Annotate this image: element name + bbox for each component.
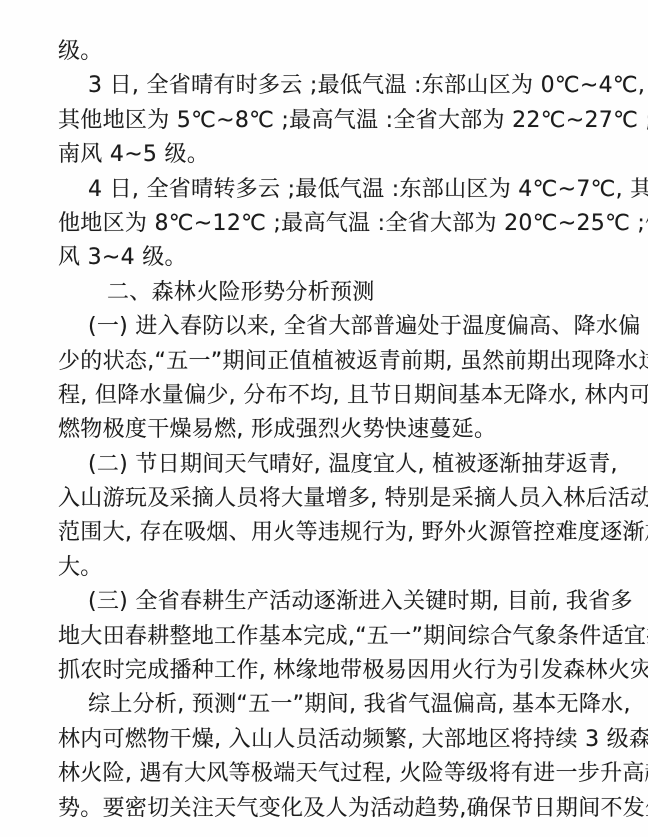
text-line: 他地区为 8℃~12℃ ;最高气温 :全省大部为 20℃~25℃ ;偏南 xyxy=(58,207,606,241)
text-line: (二) 节日期间天气晴好, 温度宜人, 植被逐渐抽芽返青, xyxy=(58,448,606,482)
text-line: 范围大, 存在吸烟、用火等违规行为, 野外火源管控难度逐渐加 xyxy=(58,516,606,550)
text-line: (一) 进入春防以来, 全省大部普遍处于温度偏高、降水偏 xyxy=(58,310,606,344)
text-line: 程, 但降水量偏少, 分布不均, 且节日期间基本无降水, 林内可 xyxy=(58,379,606,413)
text-line: 南风 4~5 级。 xyxy=(58,138,606,172)
document-page: 级。 3 日, 全省晴有时多云 ;最低气温 :东部山区为 0℃~4℃, 其他地区… xyxy=(0,0,648,837)
text-line: 林内可燃物干燥, 入山人员活动频繁, 大部地区将持续 3 级森 xyxy=(58,723,606,757)
text-line: 3 日, 全省晴有时多云 ;最低气温 :东部山区为 0℃~4℃, xyxy=(58,69,606,103)
text-line: 势。要密切关注天气变化及人为活动趋势,确保节日期间不发生 xyxy=(58,792,606,826)
text-line: 少的状态,“五一”期间正值植被返青前期, 虽然前期出现降水过 xyxy=(58,345,606,379)
section-heading: 二、森林火险形势分析预测 xyxy=(58,276,606,310)
text-line: 级。 xyxy=(58,35,606,69)
text-line: 林火险, 遇有大风等极端天气过程, 火险等级将有进一步升高趋 xyxy=(58,757,606,791)
text-line: 综上分析, 预测“五一”期间, 我省气温偏高, 基本无降水, xyxy=(58,688,606,722)
text-line: 燃物极度干燥易燃, 形成强烈火势快速蔓延。 xyxy=(58,413,606,447)
text-line: 入山游玩及采摘人员将大量增多, 特别是采摘人员入林后活动 xyxy=(58,482,606,516)
text-line: 地大田春耕整地工作基本完成,“五一”期间综合气象条件适宜抢 xyxy=(58,620,606,654)
text-line: 大。 xyxy=(58,551,606,585)
document-body: 级。 3 日, 全省晴有时多云 ;最低气温 :东部山区为 0℃~4℃, 其他地区… xyxy=(58,35,606,826)
text-line: 风 3~4 级。 xyxy=(58,241,606,275)
text-line: 其他地区为 5℃~8℃ ;最高气温 :全省大部为 22℃~27℃ ;西 xyxy=(58,104,606,138)
text-line: 抓农时完成播种工作, 林缘地带极易因用火行为引发森林火灾。 xyxy=(58,654,606,688)
text-line: (三) 全省春耕生产活动逐渐进入关键时期, 目前, 我省多 xyxy=(58,585,606,619)
text-line: 4 日, 全省晴转多云 ;最低气温 :东部山区为 4℃~7℃, 其 xyxy=(58,173,606,207)
